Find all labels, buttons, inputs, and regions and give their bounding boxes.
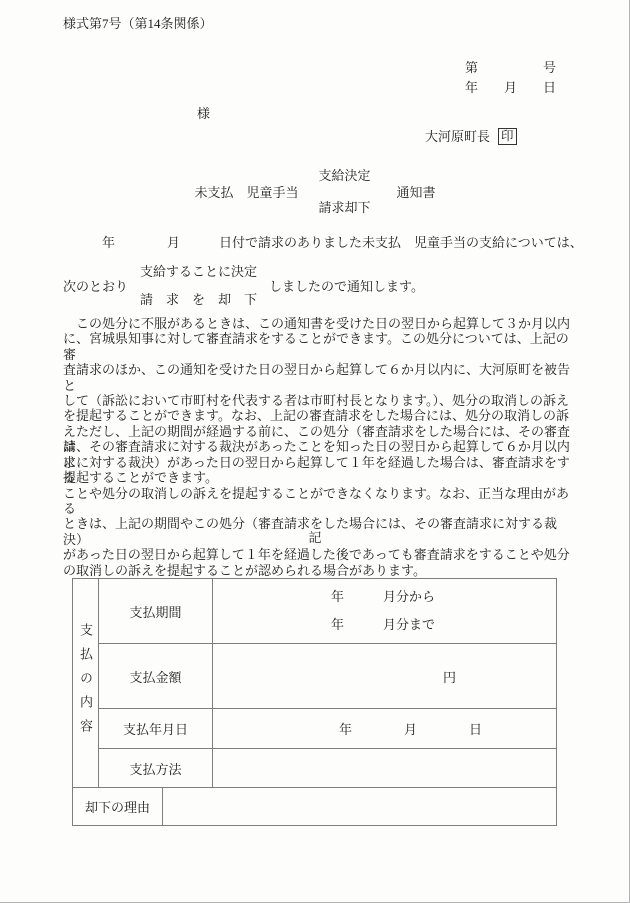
table-row-rejection-reason: 却下の理由: [73, 788, 556, 825]
issuer-signature: 大河原町長 印: [425, 128, 517, 145]
title-option-stack: 支給決定 請求却下: [318, 168, 370, 215]
payment-date-label: 支払年月日: [99, 709, 213, 748]
decision-option-reject: 請 求 を 却 下: [140, 292, 257, 307]
table-row-payment-date: 支払年月日 年 月 日: [99, 708, 556, 748]
title-left: 未支払 児童手当: [194, 182, 298, 201]
addressee-suffix: 様: [197, 106, 210, 122]
issuer-title: 大河原町長: [425, 129, 490, 145]
title-option-reject: 請求却下: [318, 200, 370, 215]
payment-amount-label: 支払金額: [99, 644, 213, 708]
section-marker: 記: [0, 527, 630, 546]
payment-side-header-label: 支払の内容: [76, 623, 95, 743]
table-row-payment-period: 支払期間 年 月分から 年 月分まで: [99, 579, 556, 643]
payment-date-value: 年 月 日: [213, 709, 556, 748]
request-date-sentence: 年 月 日付で請求のありました未支払 児童手当の支給については、: [63, 235, 583, 251]
payment-method-label: 支払方法: [99, 749, 213, 787]
decision-option-stack: 支給することに決定 請 求 を 却 下: [140, 264, 257, 307]
payment-method-value: [213, 749, 556, 787]
decision-prefix: 次のとおり: [63, 276, 128, 295]
payment-table-upper-section: 支払の内容 支払期間 年 月分から 年 月分まで 支払金額 円 支払年月日 年 …: [73, 579, 556, 788]
rejection-reason-label: 却下の理由: [73, 788, 163, 825]
table-row-payment-amount: 支払金額 円: [99, 643, 556, 708]
payment-period-label: 支払期間: [99, 579, 213, 643]
appeal-notice-paragraph-2: ただし、上記の期間が経過する前に、この処分（審査請求をした場合には、その審査請 …: [63, 424, 575, 578]
issue-date-line: 年 月 日: [465, 80, 556, 96]
table-row-payment-method: 支払方法: [99, 748, 556, 787]
decision-sentence: 次のとおり 支給することに決定 請 求 を 却 下 しましたので通知します。: [63, 264, 424, 307]
document-page: 様式第7号（第14条関係） 第 号 年 月 日 様 大河原町長 印 未支払 児童…: [0, 0, 630, 903]
decision-option-grant: 支給することに決定: [140, 264, 257, 279]
payment-amount-value: 円: [213, 644, 556, 708]
document-title: 未支払 児童手当 支給決定 請求却下 通知書: [0, 168, 630, 215]
title-option-grant: 支給決定: [318, 168, 370, 183]
payment-side-header: 支払の内容: [73, 579, 99, 787]
form-number: 様式第7号（第14条関係）: [63, 16, 213, 32]
document-number-line: 第 号: [465, 60, 556, 76]
decision-suffix: しましたので通知します。: [269, 276, 424, 295]
payment-rows: 支払期間 年 月分から 年 月分まで 支払金額 円 支払年月日 年 月 日 支払…: [99, 579, 556, 787]
payment-details-table: 支払の内容 支払期間 年 月分から 年 月分まで 支払金額 円 支払年月日 年 …: [72, 578, 557, 826]
seal-mark: 印: [498, 128, 517, 145]
rejection-reason-value: [163, 788, 556, 825]
payment-period-value: 年 月分から 年 月分まで: [213, 579, 556, 643]
title-right: 通知書: [397, 182, 436, 201]
